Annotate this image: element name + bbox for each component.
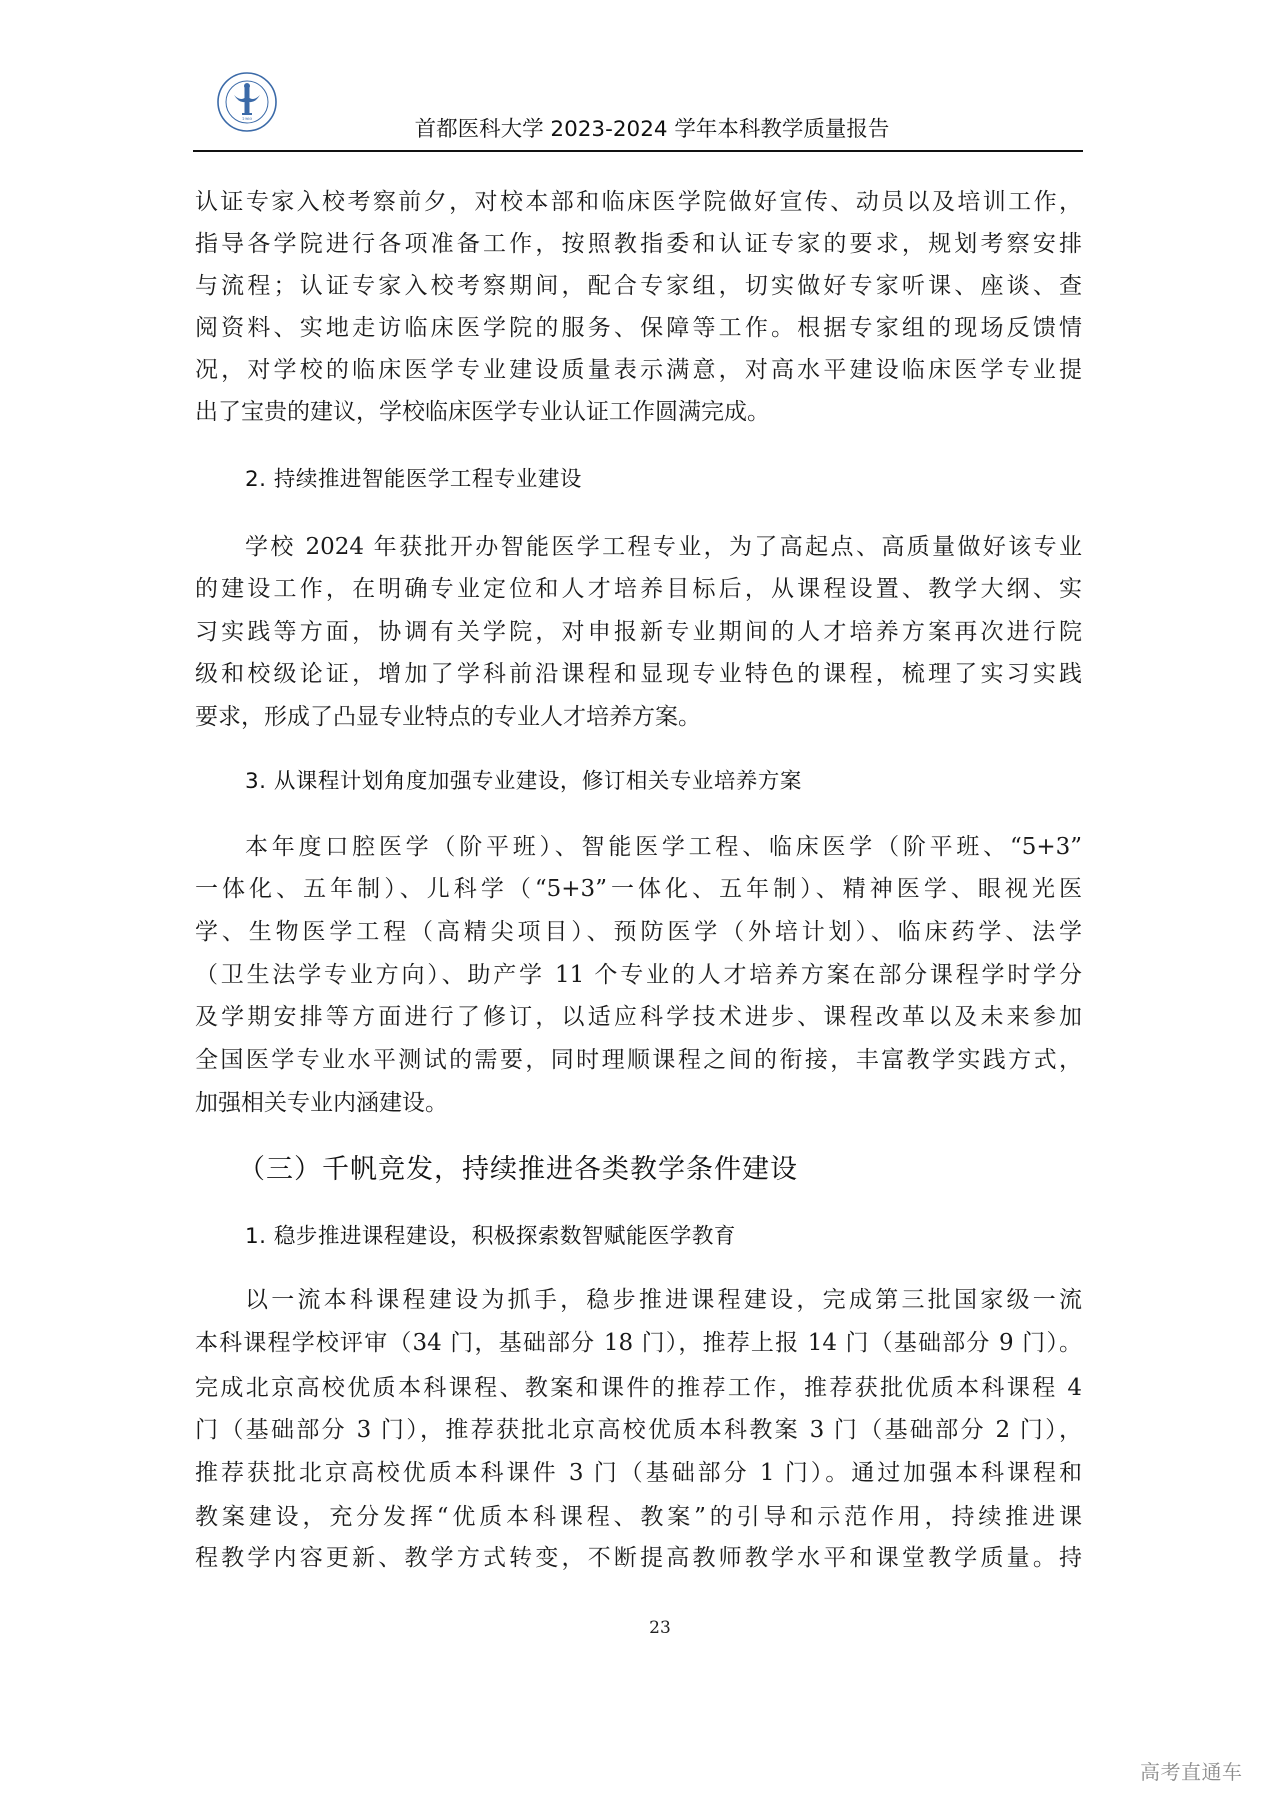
paragraph-line: 出了宝贵的建议，学校临床医学专业认证工作圆满完成。 xyxy=(195,394,1082,430)
paragraph-line: 门（基础部分 3 门），推荐获批北京高校优质本科教案 3 门（基础部分 2 门）… xyxy=(195,1412,1082,1448)
paragraph-line: 指导各学院进行各项准备工作，按照教指委和认证专家的要求，规划考察安排 xyxy=(195,226,1082,262)
paragraph-line: 习实践等方面，协调有关学院，对申报新专业期间的人才培养方案再次进行院 xyxy=(195,614,1082,650)
paragraph-line: 程教学内容更新、教学方式转变，不断提高教师教学水平和课堂教学质量。持 xyxy=(195,1540,1082,1576)
paragraph-line: 完成北京高校优质本科课程、教案和课件的推荐工作，推荐获批优质本科课程 4 xyxy=(195,1370,1082,1406)
paragraph-line: 以一流本科课程建设为抓手，稳步推进课程建设，完成第三批国家级一流 xyxy=(245,1282,1082,1318)
paragraph-line: 本科课程学校评审（34 门，基础部分 18 门），推荐上报 14 门（基础部分 … xyxy=(195,1325,1082,1361)
paragraph-line: 阅资料、实地走访临床医学院的服务、保障等工作。根据专家组的现场反馈情 xyxy=(195,310,1082,346)
paragraph-line: 学、生物医学工程（高精尖项目）、预防医学（外培计划）、临床药学、法学 xyxy=(195,914,1082,950)
paragraph-line: 与流程；认证专家入校考察期间，配合专家组，切实做好专家听课、座谈、查 xyxy=(195,268,1082,304)
paragraph-line: 及学期安排等方面进行了修订，以适应科学技术进步、课程改革以及未来参加 xyxy=(195,999,1082,1035)
section-heading-3: （三）千帆竞发，持续推进各类教学条件建设 xyxy=(238,1149,798,1191)
paragraph-line: 况，对学校的临床医学专业建设质量表示满意，对高水平建设临床医学专业提 xyxy=(195,352,1082,388)
subheading-s3-1: 1. 稳步推进课程建设，积极探索数智赋能医学教育 xyxy=(245,1219,736,1255)
paragraph-line: 全国医学专业水平测试的需要，同时理顺课程之间的衔接，丰富教学实践方式， xyxy=(195,1042,1082,1078)
paragraph-line: 教案建设，充分发挥“优质本科课程、教案”的引导和示范作用，持续推进课 xyxy=(195,1499,1082,1535)
document-page: 1960 首都医科大学 2023-2024 学年本科教学质量报告 认证专家入校考… xyxy=(0,0,1280,1810)
subheading-2: 2. 持续推进智能医学工程专业建设 xyxy=(245,462,582,498)
paragraph-line: 加强相关专业内涵建设。 xyxy=(195,1085,1082,1121)
paragraph-line: （卫生法学专业方向）、助产学 11 个专业的人才培养方案在部分课程学时学分 xyxy=(195,957,1082,993)
paragraph-line: 学校 2024 年获批开办智能医学工程专业，为了高起点、高质量做好该专业 xyxy=(245,529,1082,565)
paragraph-line: 要求，形成了凸显专业特点的专业人才培养方案。 xyxy=(195,699,1082,735)
paragraph-line: 本年度口腔医学（阶平班）、智能医学工程、临床医学（阶平班、“5+3” xyxy=(245,829,1082,865)
paragraph-line: 一体化、五年制）、儿科学（“5+3”一体化、五年制）、精神医学、眼视光医 xyxy=(195,871,1082,907)
page-number: 23 xyxy=(620,1618,700,1638)
watermark: 高考直通车 xyxy=(1140,1756,1260,1785)
paragraph-line: 级和校级论证，增加了学科前沿课程和显现专业特色的课程，梳理了实习实践 xyxy=(195,656,1082,692)
paragraph-line: 认证专家入校考察前夕，对校本部和临床医学院做好宣传、动员以及培训工作， xyxy=(195,184,1082,220)
header-divider xyxy=(193,150,1083,152)
university-seal-logo-icon: 1960 xyxy=(216,71,278,133)
svg-text:1960: 1960 xyxy=(242,116,253,121)
report-header-title: 首都医科大学 2023-2024 学年本科教学质量报告 xyxy=(392,114,912,146)
paragraph-line: 推荐获批北京高校优质本科课件 3 门（基础部分 1 门）。通过加强本科课程和 xyxy=(195,1455,1082,1491)
subheading-3: 3. 从课程计划角度加强专业建设，修订相关专业培养方案 xyxy=(245,764,802,800)
paragraph-line: 的建设工作，在明确专业定位和人才培养目标后，从课程设置、教学大纲、实 xyxy=(195,571,1082,607)
